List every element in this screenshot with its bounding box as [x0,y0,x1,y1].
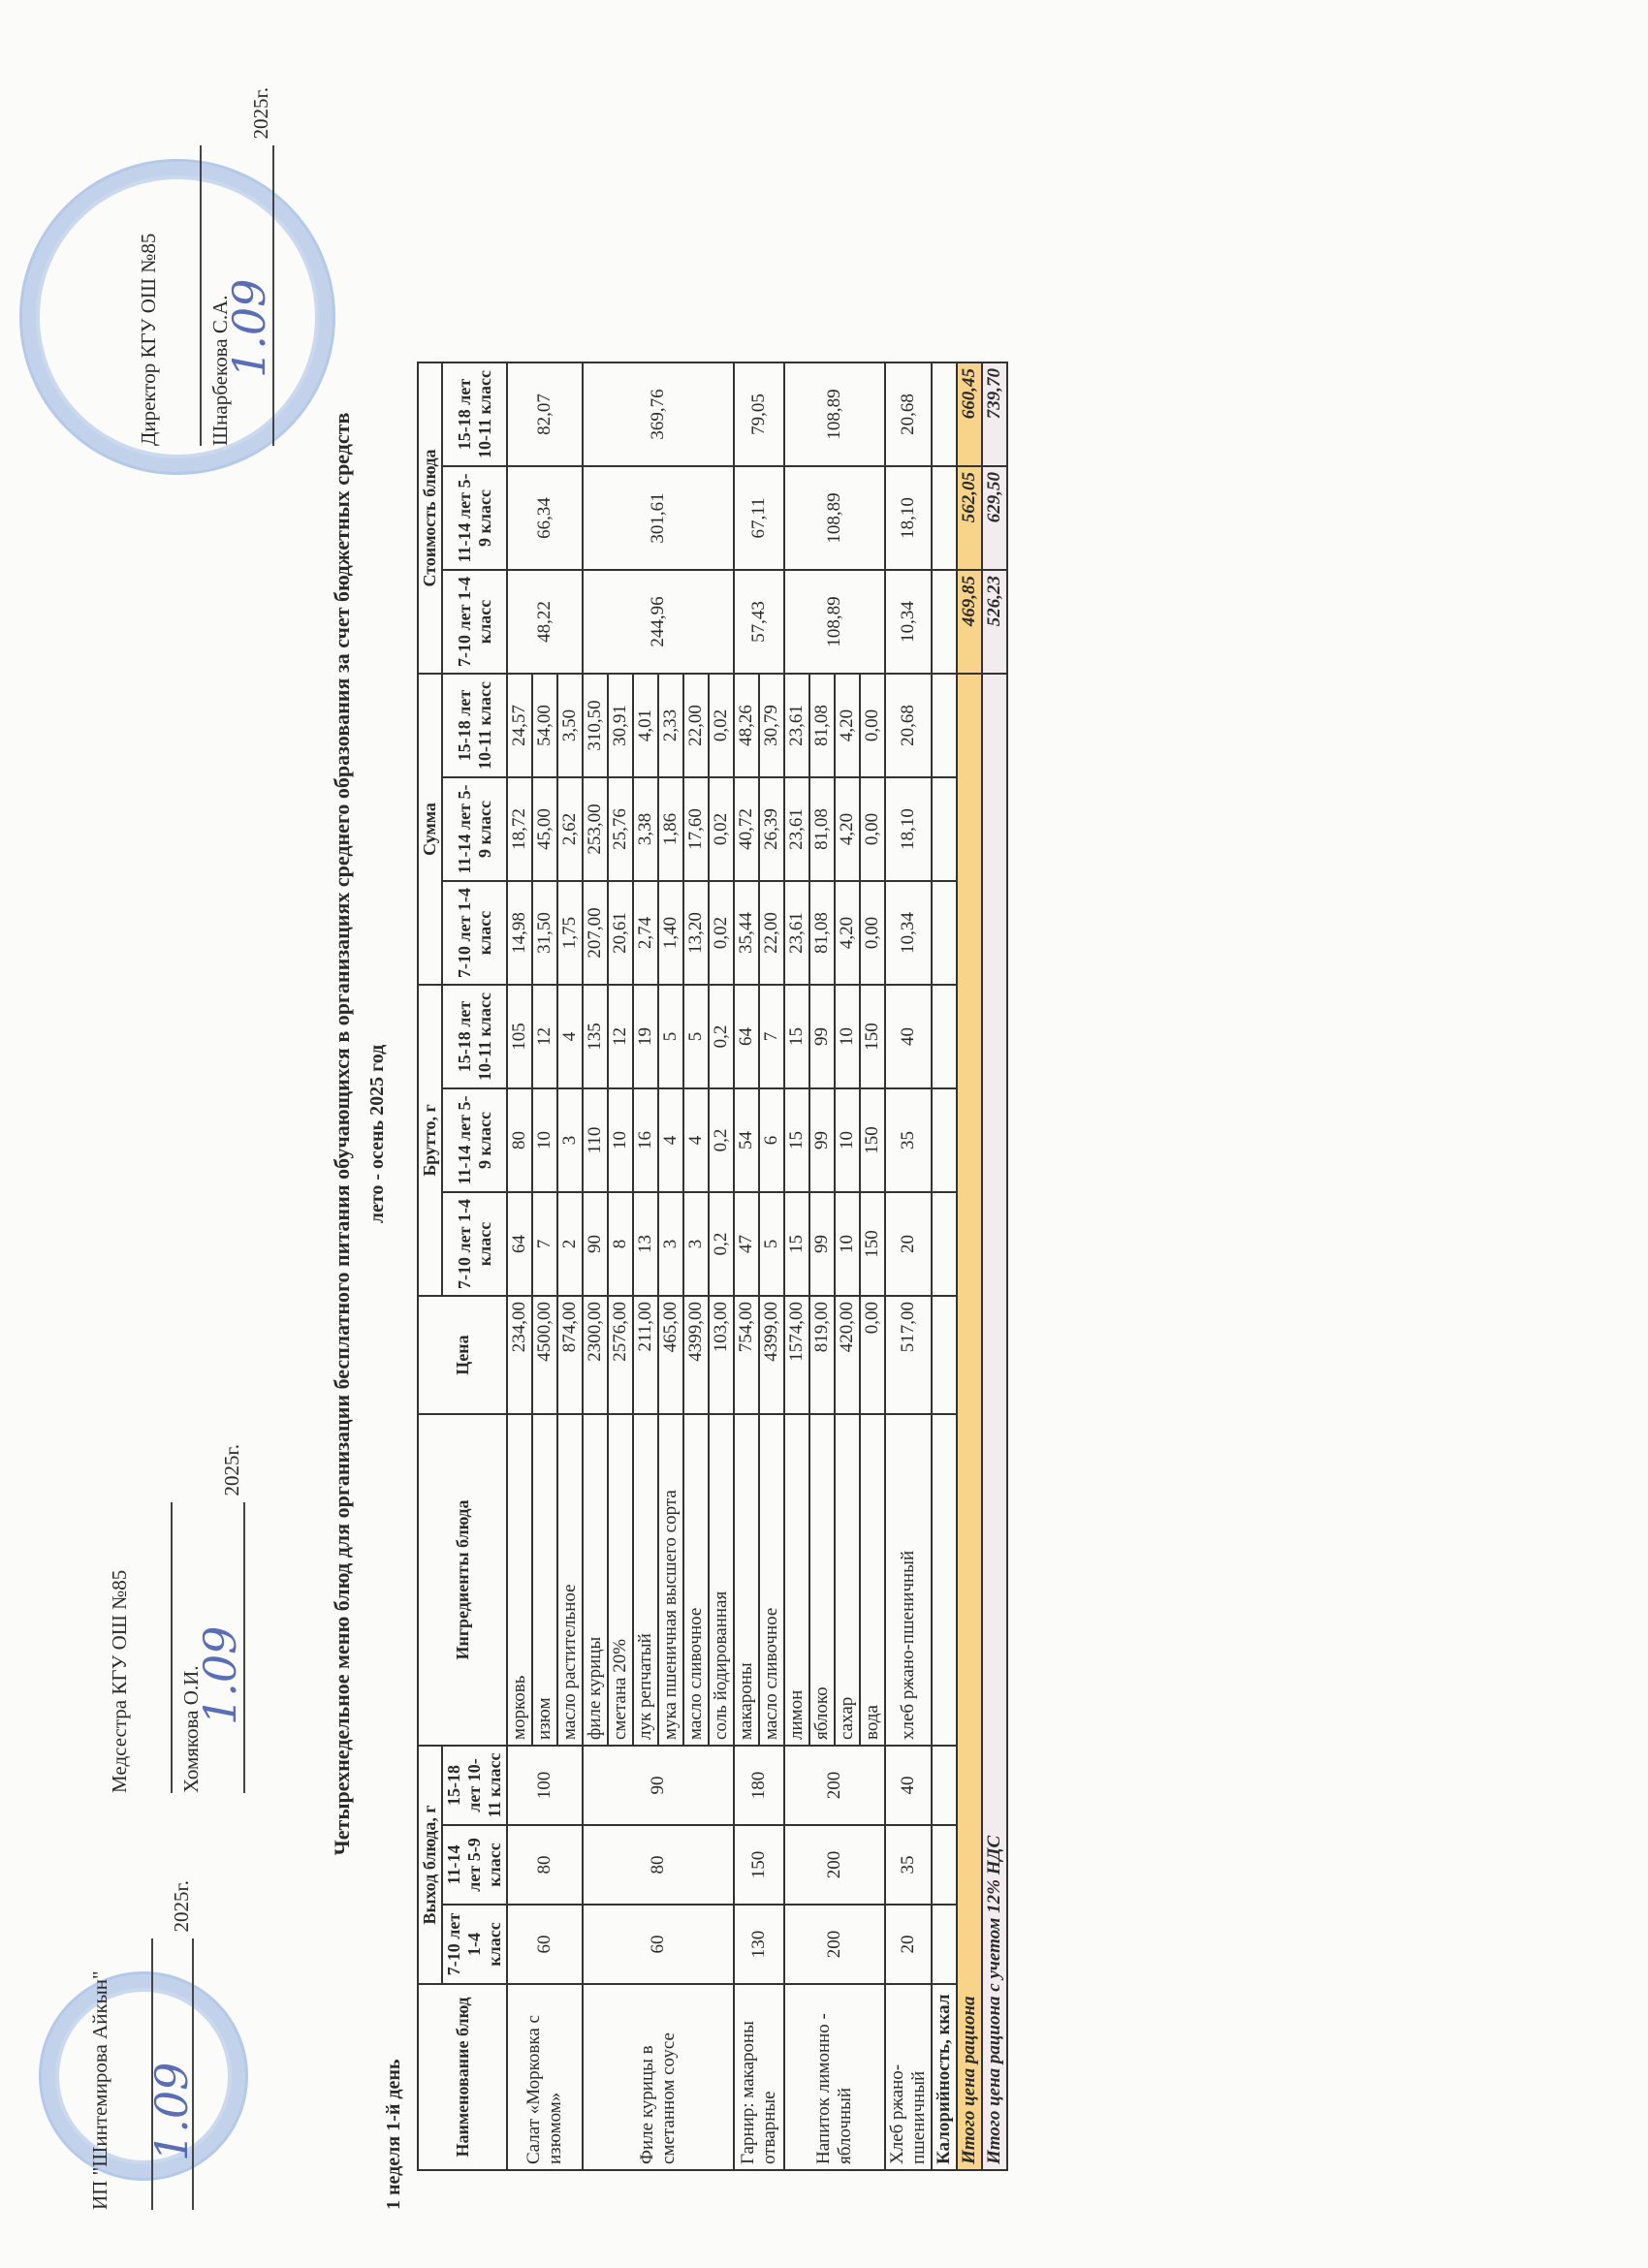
ingredient-gross: 99 [809,1088,835,1192]
dish-yield: 80 [583,1825,734,1905]
ingredient-gross: 0,2 [709,1088,734,1192]
ingredient-gross: 7 [759,985,784,1088]
ingredient-price: 874,00 [557,1296,583,1414]
ingredient-name: масло растительное [557,1414,583,1746]
ingredient-price: 0,00 [860,1296,885,1414]
total-row-value: 469,85 [957,570,982,674]
ingredient-gross: 5 [683,985,709,1088]
header-cost-age-2: 11-14 лет 5-9 класс [442,466,507,570]
header-yield-age-1: 7-10 лет 1-4 класс [442,1905,507,1984]
ingredient-gross: 99 [809,985,835,1088]
ingredient-gross: 80 [507,1088,532,1192]
empty-cell [932,1414,957,1746]
ingredient-gross: 5 [759,1192,784,1296]
dish-yield: 35 [885,1825,932,1905]
ingredient-price: 2300,00 [583,1296,608,1414]
dish-yield: 200 [784,1905,885,1984]
ingredient-gross: 7 [532,1192,557,1296]
ingredient-price: 4500,00 [532,1296,557,1414]
dish-yield: 180 [734,1746,784,1825]
ingredient-sum: 0,02 [709,777,734,881]
dish-yield: 60 [583,1905,734,1984]
ingredient-name: соль йодированная [709,1414,734,1746]
header-gross-age-3: 15-18 лет 10-11 класс [442,985,507,1088]
ingredient-sum: 22,00 [759,881,784,985]
header-price: Цена [418,1296,507,1414]
menu-day-label: 1 неделя 1-й день [383,2060,405,2210]
dish-cost: 18,10 [885,466,932,570]
menu-table: Наименование блюд Выход блюда, г Ингреди… [417,362,1008,2171]
dish-cost: 48,22 [507,570,583,674]
dish-yield: 200 [784,1825,885,1905]
ingredient-gross: 99 [809,1192,835,1296]
ingredient-name: яблоко [809,1414,835,1746]
document-title: Четырехнедельное меню блюд для организац… [330,0,355,2268]
header-gross-age-2: 11-14 лет 5-9 класс [442,1088,507,1192]
dish-yield: 150 [734,1825,784,1905]
director-title: Директор КГУ ОШ №85 [136,145,161,446]
empty-cell [932,362,957,466]
total-vat-row-value: 526,23 [982,570,1007,674]
ingredient-gross: 105 [507,985,532,1088]
ingredient-sum: 4,20 [835,777,860,881]
ingredient-sum: 30,91 [608,674,633,777]
dish-cost: 108,89 [784,362,885,466]
ingredient-sum: 0,00 [860,881,885,985]
dish-cost: 10,34 [885,570,932,674]
table-row: Гарнир: макароны отварные130150180макаро… [734,362,759,2170]
total-vat-row-label: Итого цена рациона с учетом 12% НДС [982,674,1007,2170]
dish-cost: 301,61 [583,466,734,570]
dish-name: Напиток лимонно - яблочный [784,1984,885,2170]
ingredient-gross: 10 [835,1192,860,1296]
ingredient-gross: 10 [608,1088,633,1192]
ingredient-name: макароны [734,1414,759,1746]
director-handwritten-date: 1.09 [223,279,275,378]
dish-cost: 57,43 [734,570,784,674]
dish-yield: 100 [507,1746,583,1825]
ingredient-sum: 45,00 [532,777,557,881]
ingredient-gross: 10 [835,985,860,1088]
ingredient-sum: 48,26 [734,674,759,777]
dish-yield: 90 [583,1746,734,1825]
ingredient-gross: 150 [860,1088,885,1192]
ingredient-gross: 150 [860,1192,885,1296]
ingredient-name: лук репчатый [633,1414,658,1746]
dish-cost: 369,76 [583,362,734,466]
ingredient-sum: 1,40 [658,881,683,985]
ingredient-gross: 3 [683,1192,709,1296]
ingredient-gross: 6 [759,1088,784,1192]
dish-name: Хлеб ржано-пшеничный [885,1984,932,2170]
ingredient-sum: 23,61 [784,674,809,777]
ingredient-sum: 20,68 [885,674,932,777]
ingredient-price: 819,00 [809,1296,835,1414]
dish-name: Филе курицы в сметанном соусе [583,1984,734,2170]
ingredient-price: 211,00 [633,1296,658,1414]
ingredient-sum: 20,61 [608,881,633,985]
header-sum-age-2: 11-14 лет 5-9 класс [442,777,507,881]
ingredient-gross: 16 [633,1088,658,1192]
table-row: Хлеб ржано-пшеничный203540хлеб ржано-пше… [885,362,932,2170]
ingredient-gross: 20 [885,1192,932,1296]
ingredient-name: масло сливочное [683,1414,709,1746]
ingredient-sum: 4,20 [835,881,860,985]
ingredient-price: 1574,00 [784,1296,809,1414]
header-yield: Выход блюда, г [418,1746,442,1984]
ingredient-sum: 1,86 [658,777,683,881]
ingredient-gross: 10 [835,1088,860,1192]
table-row: Салат «Морковка с изюмом»6080100морковь2… [507,362,532,2170]
ingredient-gross: 4 [658,1088,683,1192]
ingredient-gross: 10 [532,1088,557,1192]
ingredient-sum: 24,57 [507,674,532,777]
ingredient-sum: 10,34 [885,881,932,985]
document-page: ИП "Шинтемирова Айкын" 2025г. 1.09 Медсе… [0,0,1648,2268]
ingredient-gross: 0,2 [709,1192,734,1296]
ingredient-name: хлеб ржано-пшеничный [885,1414,932,1746]
ingredient-name: лимон [784,1414,809,1746]
ingredient-sum: 30,79 [759,674,784,777]
total-row: Итого цена рациона469,85562,05660,45 [957,362,982,2170]
total-row-value: 562,05 [957,466,982,570]
ingredient-sum: 54,00 [532,674,557,777]
ingredient-gross: 40 [885,985,932,1088]
ingredient-sum: 13,20 [683,881,709,985]
header-sum-age-3: 15-18 лет 10-11 класс [442,674,507,777]
ingredient-gross: 150 [860,985,885,1088]
ingredient-sum: 4,20 [835,674,860,777]
ingredient-sum: 3,38 [633,777,658,881]
header-sum-age-1: 7-10 лет 1-4 класс [442,881,507,985]
ingredient-sum: 22,00 [683,674,709,777]
dish-cost: 108,89 [784,466,885,570]
ingredient-sum: 4,01 [633,674,658,777]
empty-cell [932,881,957,985]
ingredient-sum: 310,50 [583,674,608,777]
ingredient-gross: 15 [784,1088,809,1192]
ingredient-sum: 0,00 [860,674,885,777]
dish-yield: 80 [507,1825,583,1905]
ingredient-sum: 23,61 [784,881,809,985]
ingredient-gross: 5 [658,985,683,1088]
ingredient-price: 2576,00 [608,1296,633,1414]
ingredient-sum: 2,74 [633,881,658,985]
ingredient-sum: 81,08 [809,674,835,777]
ingredient-sum: 14,98 [507,881,532,985]
ingredient-sum: 0,00 [860,777,885,881]
ingredient-name: морковь [507,1414,532,1746]
ingredient-gross: 13 [633,1192,658,1296]
ingredient-gross: 54 [734,1088,759,1192]
ingredient-gross: 4 [683,1088,709,1192]
ingredient-sum: 23,61 [784,777,809,881]
ingredient-sum: 0,02 [709,674,734,777]
header-dish: Наименование блюд [418,1984,507,2170]
ingredient-sum: 2,33 [658,674,683,777]
ingredient-sum: 2,62 [557,777,583,881]
ingredient-price: 465,00 [658,1296,683,1414]
ingredient-sum: 18,10 [885,777,932,881]
ingredient-sum: 81,08 [809,777,835,881]
nurse-handwritten-date: 1.09 [194,1626,246,1725]
empty-cell [932,674,957,777]
dish-yield: 130 [734,1905,784,1984]
calories-label: Калорийность, ккал [932,1984,957,2170]
table-row: Напиток лимонно - яблочный200200200лимон… [784,362,809,2170]
header-cost-age-1: 7-10 лет 1-4 класс [442,570,507,674]
ingredient-price: 234,00 [507,1296,532,1414]
ingredient-sum: 17,60 [683,777,709,881]
total-row-label: Итого цена рациона [957,674,982,2170]
dish-cost: 67,11 [734,466,784,570]
ingredient-name: изюм [532,1414,557,1746]
ingredient-sum: 81,08 [809,881,835,985]
total-vat-row: Итого цена рациона с учетом 12% НДС526,2… [982,362,1007,2170]
header-cost-age-3: 15-18 лет 10-11 класс [442,362,507,466]
ingredient-gross: 4 [557,985,583,1088]
header-ingredients: Ингредиенты блюда [418,1414,507,1746]
dish-yield: 60 [507,1905,583,1984]
dish-cost: 244,96 [583,570,734,674]
ingredient-sum: 25,76 [608,777,633,881]
table-row: Филе курицы в сметанном соусе608090филе … [583,362,608,2170]
nurse-signature-line [138,1502,173,1793]
nurse-title: Медсестра КГУ ОШ №85 [107,1502,132,1793]
dish-cost: 20,68 [885,362,932,466]
empty-cell [932,1192,957,1296]
ingredient-gross: 135 [583,985,608,1088]
dish-name: Гарнир: макароны отварные [734,1984,784,2170]
empty-cell [932,570,957,674]
ingredient-sum: 26,39 [759,777,784,881]
ingredient-gross: 8 [608,1192,633,1296]
header-yield-age-2: 11-14 лет 5-9 класс [442,1825,507,1905]
header-sum: Сумма [418,674,442,985]
ingredient-sum: 18,72 [507,777,532,881]
dish-cost: 108,89 [784,570,885,674]
ingredient-sum: 40,72 [734,777,759,881]
document-subtitle: лето - осень 2025 год [366,0,389,2268]
director-signature-line [167,145,202,446]
ingredient-price: 4399,00 [683,1296,709,1414]
header-yield-age-3: 15-18 лет 10-11 класс [442,1746,507,1825]
ingredient-gross: 64 [734,985,759,1088]
empty-cell [932,1088,957,1192]
ingredient-name: мука пшеничная высшего сорта [658,1414,683,1746]
header-gross-age-1: 7-10 лет 1-4 класс [442,1192,507,1296]
ingredient-gross: 15 [784,985,809,1088]
ingredient-gross: 3 [658,1192,683,1296]
ingredient-gross: 110 [583,1088,608,1192]
ingredient-gross: 35 [885,1088,932,1192]
ingredient-sum: 0,02 [709,881,734,985]
empty-cell [932,1905,957,1984]
ingredient-name: вода [860,1414,885,1746]
empty-cell [932,985,957,1088]
ingredient-sum: 31,50 [532,881,557,985]
ingredient-price: 103,00 [709,1296,734,1414]
ingredient-gross: 90 [583,1192,608,1296]
dish-cost: 66,34 [507,466,583,570]
dish-name: Салат «Морковка с изюмом» [507,1984,583,2170]
dish-yield: 20 [885,1905,932,1984]
header-gross: Брутто, г [418,985,442,1296]
dish-cost: 79,05 [734,362,784,466]
ingredient-gross: 47 [734,1192,759,1296]
ingredient-gross: 15 [784,1192,809,1296]
total-vat-row-value: 629,50 [982,466,1007,570]
ingredient-price: 754,00 [734,1296,759,1414]
empty-cell [932,1825,957,1905]
ingredient-sum: 3,50 [557,674,583,777]
total-row-value: 660,45 [957,362,982,466]
ingredient-gross: 12 [532,985,557,1088]
ingredient-gross: 64 [507,1192,532,1296]
dish-yield: 200 [784,1746,885,1825]
ingredient-price: 4399,00 [759,1296,784,1414]
dish-cost: 82,07 [507,362,583,466]
ingredient-sum: 35,44 [734,881,759,985]
ingredient-gross: 0,2 [709,985,734,1088]
ingredient-gross: 3 [557,1088,583,1192]
ingredient-sum: 207,00 [583,881,608,985]
ingredient-price: 517,00 [885,1296,932,1414]
supplier-handwritten-date: 1.09 [145,2063,198,2161]
ingredient-sum: 1,75 [557,881,583,985]
ingredient-price: 420,00 [835,1296,860,1414]
header-cost: Стоимость блюда [418,362,442,674]
empty-cell [932,777,957,881]
ingredient-name: филе курицы [583,1414,608,1746]
ingredient-name: сметана 20% [608,1414,633,1746]
ingredient-name: сахар [835,1414,860,1746]
empty-cell [932,466,957,570]
total-vat-row-value: 739,70 [982,362,1007,466]
ingredient-name: масло сливочное [759,1414,784,1746]
empty-cell [932,1746,957,1825]
empty-cell [932,1296,957,1414]
supplier-org: ИП "Шинтемирова Айкын" [87,1938,112,2210]
ingredient-sum: 253,00 [583,777,608,881]
dish-yield: 40 [885,1746,932,1825]
calories-row: Калорийность, ккал [932,362,957,2170]
ingredient-gross: 2 [557,1192,583,1296]
ingredient-gross: 12 [608,985,633,1088]
ingredient-gross: 19 [633,985,658,1088]
